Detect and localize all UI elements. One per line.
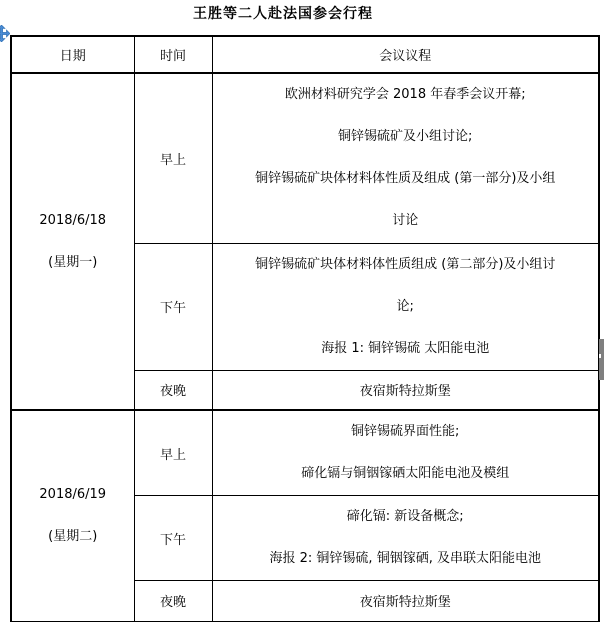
header-cell-time[interactable]: 时间 <box>134 36 212 73</box>
date-cell-day1[interactable]: 2018/6/18 (星期一) <box>11 73 134 410</box>
weekday-text: (星期一) <box>16 242 130 284</box>
time-cell-afternoon[interactable]: 下午 <box>134 496 212 581</box>
date-cell-day2[interactable]: 2018/6/19 (星期二) <box>11 410 134 622</box>
header-cell-date[interactable]: 日期 <box>11 36 134 73</box>
date-text: 2018/6/18 <box>16 200 130 242</box>
time-cell-afternoon[interactable]: 下午 <box>134 243 212 370</box>
weekday-text: (星期二) <box>16 516 130 558</box>
table-header-row: 日期 时间 会议议程 <box>11 36 599 73</box>
agenda-line: 欧洲材料研究学会 2018 年春季会议开幕; <box>217 74 595 116</box>
itinerary-table: 日期 时间 会议议程 2018/6/18 (星期一) 早上 欧洲材料研究学会 2… <box>10 35 600 622</box>
agenda-line: 铜锌锡硫矿及小组讨论; <box>217 116 595 158</box>
scrollbar-thumb-notch <box>599 354 601 358</box>
time-cell-night[interactable]: 夜晚 <box>134 370 212 410</box>
agenda-cell[interactable]: 夜宿斯特拉斯堡 <box>212 581 599 622</box>
time-cell-morning[interactable]: 早上 <box>134 73 212 243</box>
agenda-cell[interactable]: 夜宿斯特拉斯堡 <box>212 370 599 410</box>
agenda-line: 铜锌锡硫界面性能; <box>217 411 595 453</box>
agenda-line: 海报 2: 铜锌锡硫, 铜铟镓硒, 及串联太阳能电池 <box>217 538 595 580</box>
agenda-cell[interactable]: 欧洲材料研究学会 2018 年春季会议开幕; 铜锌锡硫矿及小组讨论; 铜锌锡硫矿… <box>212 73 599 243</box>
table-row-day2-morning: 2018/6/19 (星期二) 早上 铜锌锡硫界面性能; 碲化镉与铜铟镓硒太阳能… <box>11 410 599 496</box>
agenda-line: 论; <box>217 286 595 328</box>
time-cell-morning[interactable]: 早上 <box>134 410 212 496</box>
agenda-line: 碲化镉: 新设备概念; <box>217 496 595 538</box>
table-row-day1-morning: 2018/6/18 (星期一) 早上 欧洲材料研究学会 2018 年春季会议开幕… <box>11 73 599 243</box>
agenda-line: 海报 1: 铜锌锡硫 太阳能电池 <box>217 328 595 370</box>
table-move-handle-icon[interactable] <box>0 25 10 42</box>
agenda-line: 铜锌锡硫矿块体材料体性质及组成 (第一部分)及小组 <box>217 158 595 200</box>
agenda-line: 铜锌锡硫矿块体材料体性质组成 (第二部分)及小组讨 <box>217 244 595 286</box>
agenda-cell[interactable]: 铜锌锡硫界面性能; 碲化镉与铜铟镓硒太阳能电池及模组 <box>212 410 599 496</box>
header-cell-agenda[interactable]: 会议议程 <box>212 36 599 73</box>
four-way-arrow-icon <box>0 25 10 42</box>
date-text: 2018/6/19 <box>16 474 130 516</box>
document-title[interactable]: 王胜等二人赴法国参会行程 <box>0 3 566 23</box>
agenda-cell[interactable]: 碲化镉: 新设备概念; 海报 2: 铜锌锡硫, 铜铟镓硒, 及串联太阳能电池 <box>212 496 599 581</box>
time-cell-night[interactable]: 夜晚 <box>134 581 212 622</box>
scrollbar-thumb[interactable] <box>599 339 604 380</box>
document-page: 王胜等二人赴法国参会行程 日期 时间 会议议程 2018/6/18 (星期一) … <box>0 0 604 622</box>
agenda-line: 碲化镉与铜铟镓硒太阳能电池及模组 <box>217 453 595 495</box>
agenda-cell[interactable]: 铜锌锡硫矿块体材料体性质组成 (第二部分)及小组讨 论; 海报 1: 铜锌锡硫 … <box>212 243 599 370</box>
agenda-line: 讨论 <box>217 200 595 242</box>
